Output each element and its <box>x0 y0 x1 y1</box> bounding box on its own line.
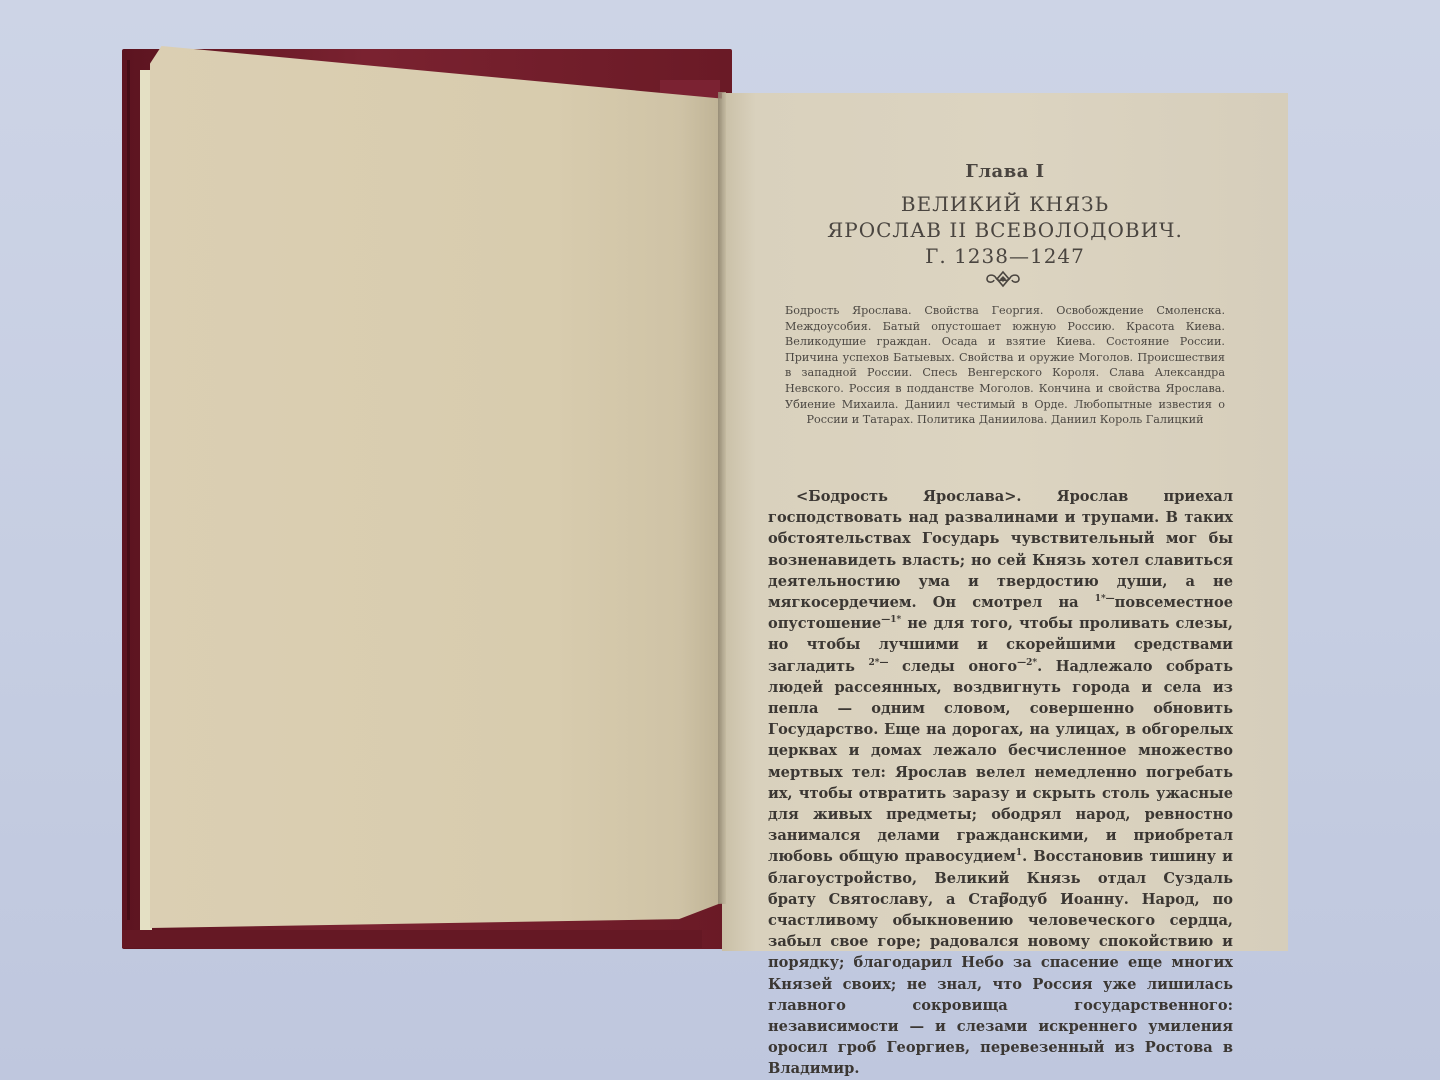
left-page-blank <box>150 46 725 928</box>
chapter-synopsis: Бодрость Ярослава. Свойства Георгия. Осв… <box>785 303 1225 428</box>
footnote-marker: —1* <box>881 615 901 625</box>
footnote-marker: 1*— <box>1095 594 1115 604</box>
body-text-segment: <Бодрость Ярослава>. Ярослав приехал гос… <box>768 488 1233 611</box>
page-number: 7 <box>722 891 1288 906</box>
chapter-title: ВЕЛИКИЙ КНЯЗЬ ЯРОСЛАВ II ВСЕВОЛОДОВИЧ. Г… <box>722 191 1288 269</box>
fleuron-icon <box>985 269 1021 289</box>
book-cover-bottom-edge <box>122 930 702 948</box>
cover-edge-shadow <box>127 60 130 920</box>
chapter-title-line: Г. 1238—1247 <box>722 243 1288 269</box>
body-text-segment: . Восстановив тишину и благоустройство, … <box>768 848 1233 1077</box>
footnote-marker: —2* <box>1017 658 1037 668</box>
body-paragraph: <Бодрость Ярослава>. Ярослав приехал гос… <box>768 486 1233 1080</box>
open-book: Глава I ВЕЛИКИЙ КНЯЗЬ ЯРОСЛАВ II ВСЕВОЛО… <box>0 0 1440 1080</box>
chapter-body-text: <Бодрость Ярослава>. Ярослав приехал гос… <box>768 486 1233 1080</box>
body-text-segment: следы оного <box>888 658 1017 675</box>
right-page-content: Глава I ВЕЛИКИЙ КНЯЗЬ ЯРОСЛАВ II ВСЕВОЛО… <box>722 93 1288 951</box>
footnote-marker: 2*— <box>869 658 889 668</box>
chapter-title-line: ЯРОСЛАВ II ВСЕВОЛОДОВИЧ. <box>722 217 1288 243</box>
body-text-segment: . Надлежало собрать людей рассеянных, во… <box>768 658 1233 866</box>
chapter-label: Глава I <box>722 161 1288 182</box>
chapter-title-line: ВЕЛИКИЙ КНЯЗЬ <box>722 191 1288 217</box>
